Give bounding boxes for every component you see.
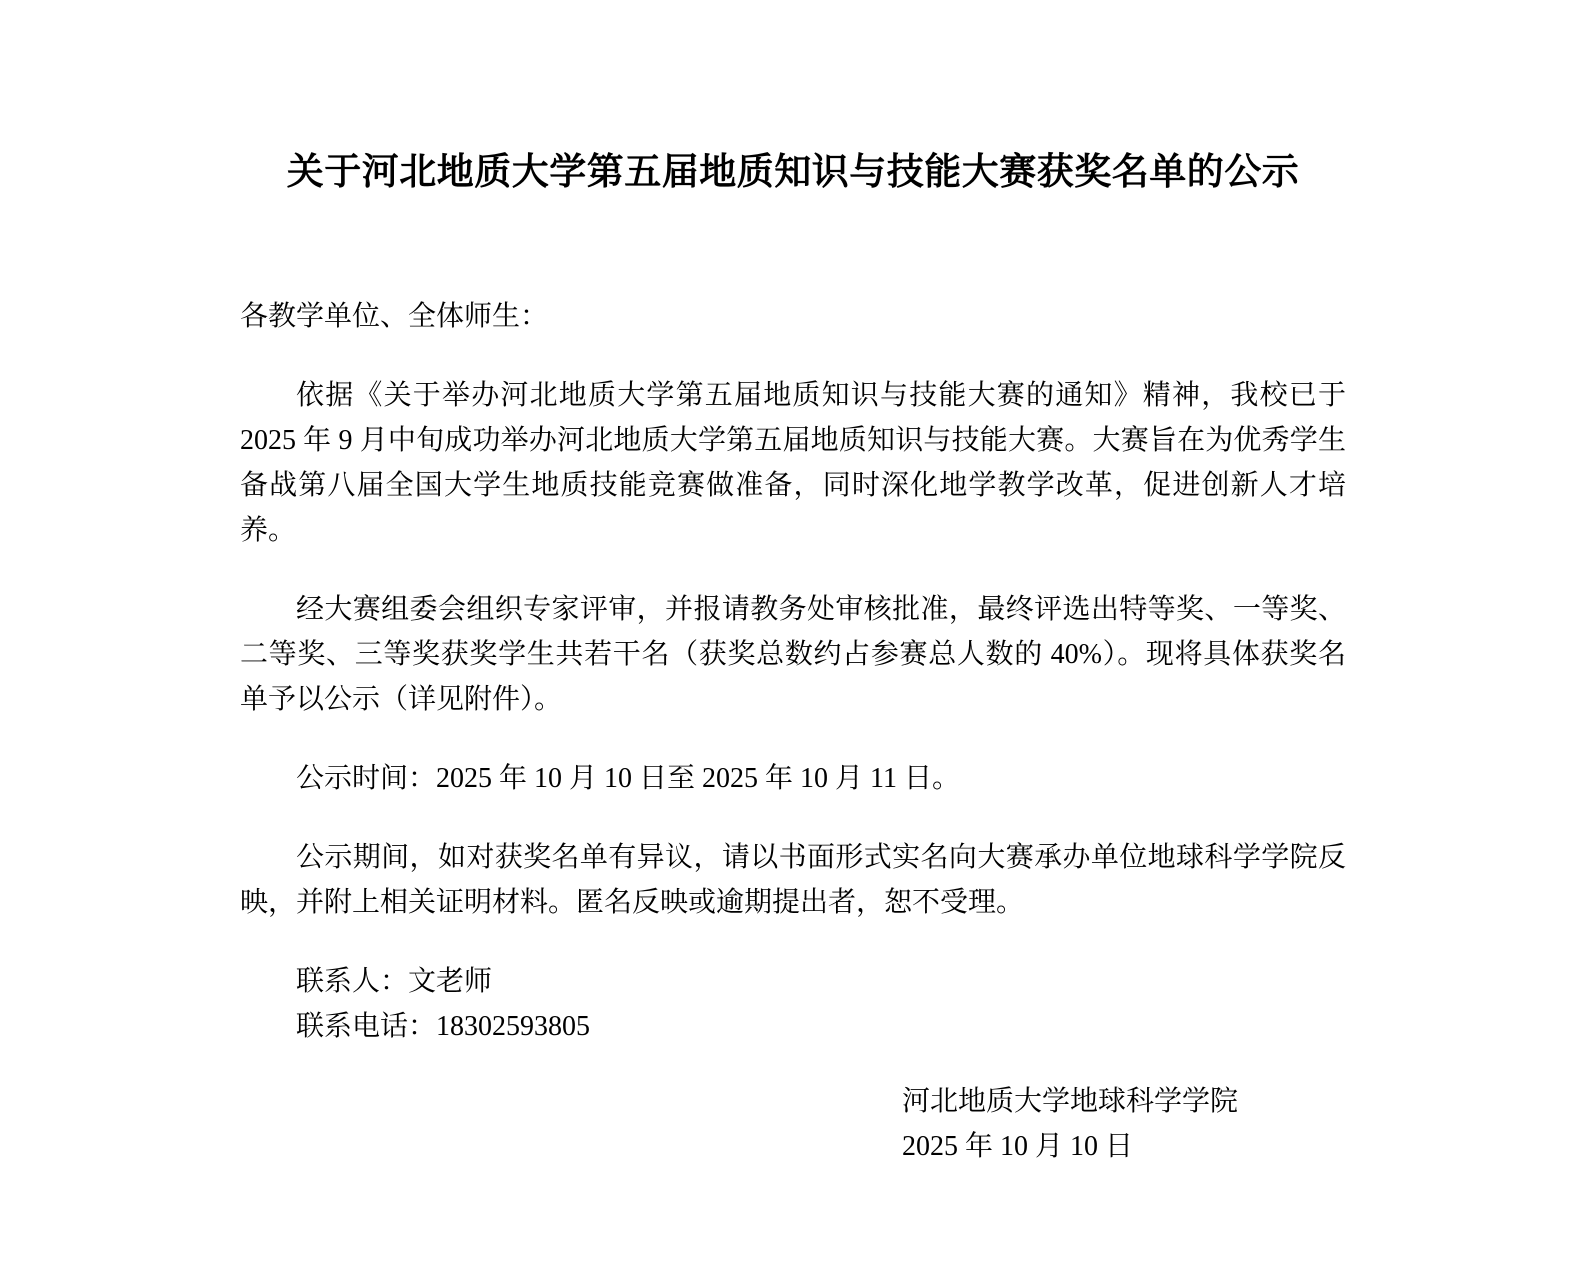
- salutation: 各教学单位、全体师生：: [240, 294, 1346, 339]
- paragraph-award-selection: 经大赛组委会组织专家评审，并报请教务处审核批准，最终评选出特等奖、一等奖、二等奖…: [240, 587, 1346, 722]
- paragraph-background: 依据《关于举办河北地质大学第五届地质知识与技能大赛的通知》精神，我校已于 202…: [240, 373, 1346, 553]
- signature-block: 河北地质大学地球科学学院 2025 年 10 月 10 日: [902, 1079, 1346, 1169]
- document-title: 关于河北地质大学第五届地质知识与技能大赛获奖名单的公示: [240, 0, 1346, 200]
- contact-block: 联系人：文老师 联系电话：18302593805: [240, 959, 1346, 1049]
- paragraph-publicity-period: 公示时间：2025 年 10 月 10 日至 2025 年 10 月 11 日。: [240, 756, 1346, 801]
- contact-phone: 联系电话：18302593805: [240, 1004, 1346, 1049]
- document-page: 关于河北地质大学第五届地质知识与技能大赛获奖名单的公示 各教学单位、全体师生： …: [0, 0, 1586, 1286]
- contact-person: 联系人：文老师: [240, 959, 1346, 1004]
- signature-date: 2025 年 10 月 10 日: [902, 1124, 1346, 1169]
- paragraph-objection-instructions: 公示期间，如对获奖名单有异议，请以书面形式实名向大赛承办单位地球科学学院反映，并…: [240, 835, 1346, 925]
- signature-organization: 河北地质大学地球科学学院: [902, 1079, 1346, 1124]
